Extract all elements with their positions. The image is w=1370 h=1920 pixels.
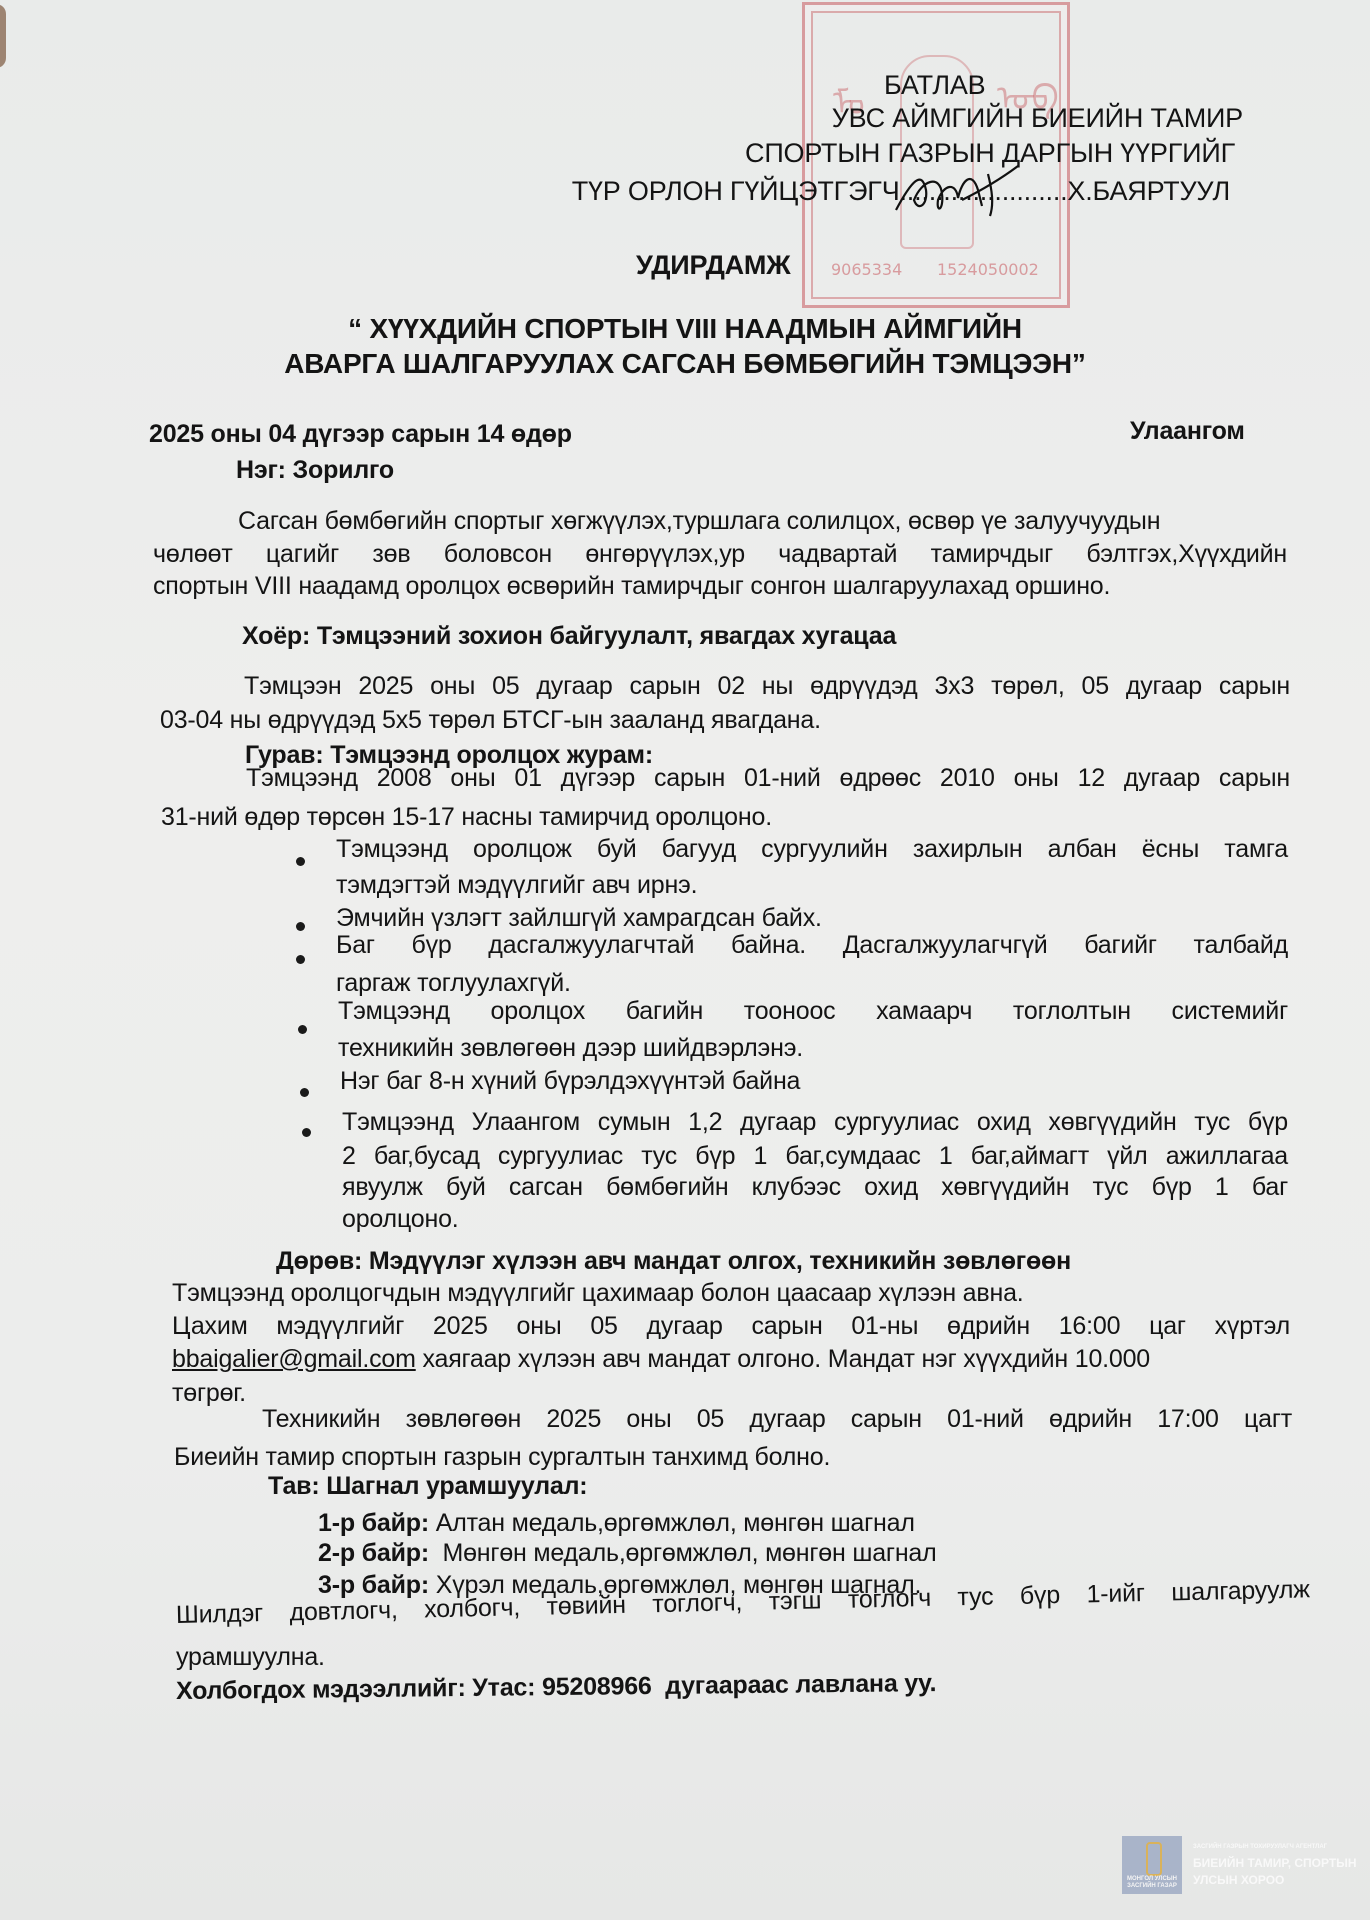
title-line-1: “ ХҮҮХДИЙН СПОРТЫН VIII НААДМЫН АЙМГИЙН	[0, 314, 1370, 344]
bullet-6-line-2: 2 баг,бусад сургуулиас тус бүр 1 баг,сум…	[342, 1141, 1288, 1171]
section-4-line-5: Техникийн зөвлөгөөн 2025 оны 05 дугаар с…	[262, 1404, 1292, 1434]
award-place-1: 1-р байр: Алтан медаль,өргөмжлөл, мөнгөн…	[318, 1508, 915, 1538]
title-text-2: АВАРГА ШАЛГАРУУЛАХ САГСАН БӨМБӨГИЙН ТЭМЦ…	[284, 348, 1085, 379]
signature	[892, 160, 1022, 220]
title-text-1: “ ХҮҮХДИЙН СПОРТЫН VIII НААДМЫН АЙМГИЙН	[348, 313, 1022, 344]
email-link[interactable]: bbaigalier@gmail.com	[172, 1344, 416, 1374]
bullet-3-line-1: Баг бүр дасгалжуулагчтай байна. Дасгалжу…	[336, 930, 1288, 960]
bullet-icon	[296, 922, 305, 931]
section-1-line-2: чөлөөт цагийг зөв боловсон өнгөрүүлэх,ур…	[153, 539, 1287, 569]
award-place-2: 2-р байр: Мөнгөн медаль,өргөмжлөл, мөнгө…	[318, 1538, 937, 1568]
bullet-icon	[302, 1128, 311, 1137]
approval-line-1: УВС АЙМГИЙН БИЕИЙН ТАМИР	[832, 103, 1243, 133]
stamp-number-right: 1524050002	[937, 260, 1039, 279]
bullet-icon	[296, 955, 305, 964]
section-4-line-4: төгрөг.	[172, 1378, 246, 1408]
section-4-heading: Дөрөв: Мэдүүлэг хүлээн авч мандат олгох,…	[276, 1246, 1071, 1276]
title-line-2: АВАРГА ШАЛГАРУУЛАХ САГСАН БӨМБӨГИЙН ТЭМЦ…	[0, 349, 1370, 379]
award-place-1-text: Алтан медаль,өргөмжлөл, мөнгөн шагнал	[429, 1509, 915, 1537]
award-place-2-text: Мөнгөн медаль,өргөмжлөл, мөнгөн шагнал	[429, 1539, 937, 1567]
section-1-heading: Нэг: Зорилго	[236, 455, 394, 485]
section-4-line-3-rest: хаягаар хүлээн авч мандат олгоно. Мандат…	[416, 1344, 1150, 1374]
watermark-agency-small: ЗАСГИЙН ГАЗРЫН ТОХИРУУЛАГЧ АГЕНТЛАГ	[1193, 1844, 1327, 1850]
bullet-3-line-2: гаргаж тоглуулахгүй.	[336, 968, 571, 998]
bullet-6-line-3: явуулж буй сагсан бөмбөгийн клубээс охид…	[342, 1172, 1288, 1202]
award-place-2-label: 2-р байр:	[318, 1539, 429, 1567]
stamp-number-left: 9065334	[831, 260, 902, 279]
section-5-line-2: урамшуулна.	[176, 1642, 325, 1672]
document-place: Улаангом	[1130, 416, 1245, 446]
document-date: 2025 оны 04 дүгээр сарын 14 өдөр	[149, 419, 572, 449]
section-3-line-2: 31-ний өдөр төрсөн 15-17 насны тамирчид …	[161, 802, 772, 832]
section-4-line-3: bbaigalier@gmail.com хаягаар хүлээн авч …	[172, 1344, 1290, 1374]
logo-text: МОНГОЛ УЛСЫН ЗАСГИЙН ГАЗАР	[1122, 1876, 1182, 1890]
section-5-heading: Тав: Шагнал урамшуулал:	[268, 1471, 587, 1501]
contact-line: Холбогдох мэдээллийг: Утас: 95208966 дуг…	[176, 1668, 937, 1706]
watermark-agency-line-1: БИЕИЙН ТАМИР, СПОРТЫН	[1193, 1856, 1357, 1870]
approval-heading: БАТЛАВ	[884, 70, 985, 100]
bullet-6-line-1: Тэмцээнд Улаангом сумын 1,2 дугаар сургу…	[342, 1107, 1288, 1137]
section-3-line-1: Тэмцээнд 2008 оны 01 дүгээр сарын 01-ний…	[246, 763, 1290, 793]
bullet-6-line-4: оролцоно.	[342, 1204, 459, 1234]
bullet-2-line-1: Эмчийн үзлэгт зайлшгүй хамрагдсан байх.	[336, 903, 822, 933]
bullet-1-line-2: тэмдэгтэй мэдүүлгийг авч ирнэ.	[336, 870, 697, 900]
government-logo: МОНГОЛ УЛСЫН ЗАСГИЙН ГАЗАР	[1122, 1836, 1182, 1894]
bullet-icon	[300, 1088, 309, 1097]
bullet-icon	[296, 857, 305, 866]
section-1-line-3: спортын VIII наадамд оролцох өсвөрийн та…	[153, 571, 1110, 601]
section-2-heading: Хоёр: Тэмцээний зохион байгуулалт, явагд…	[242, 621, 896, 651]
finger-edge	[0, 4, 6, 68]
section-2-line-1: Тэмцээн 2025 оны 05 дугаар сарын 02 ны ө…	[244, 671, 1290, 701]
award-place-1-label: 1-р байр:	[318, 1509, 429, 1537]
soyombo-icon	[1146, 1842, 1162, 1876]
section-4-line-6: Биеийн тамир спортын газрын сургалтын та…	[174, 1442, 830, 1472]
section-2-line-2: 03-04 ны өдрүүдэд 5х5 төрөл БТСГ-ын заал…	[160, 705, 821, 735]
bullet-5-line-1: Нэг баг 8-н хүний бүрэлдэхүүнтэй байна	[340, 1066, 800, 1096]
bullet-4-line-1: Тэмцээнд оролцох багийн тооноос хамаарч …	[338, 996, 1288, 1026]
section-4-line-1: Тэмцээнд оролцогчдын мэдүүлгийг цахимаар…	[172, 1278, 1024, 1308]
section-1-line-1: Сагсан бөмбөгийн спортыг хөгжүүлэх,туршл…	[238, 506, 1288, 536]
document-type: УДИРДАМЖ	[636, 250, 790, 280]
contact-label: Холбогдох мэдээллийг: Утас: 95208966	[176, 1672, 652, 1705]
bullet-4-line-2: техникийн зөвлөгөөн дээр шийдвэрлэнэ.	[338, 1033, 803, 1063]
bullet-icon	[298, 1025, 307, 1034]
bullet-1-line-1: Тэмцээнд оролцож буй багууд сургуулийн з…	[336, 834, 1288, 864]
section-4-line-2: Цахим мэдүүлгийг 2025 оны 05 дугаар сары…	[172, 1311, 1290, 1341]
watermark-agency-line-2: УЛСЫН ХОРОО	[1193, 1873, 1284, 1887]
contact-text: дугаараас лавлана уу.	[652, 1669, 937, 1700]
